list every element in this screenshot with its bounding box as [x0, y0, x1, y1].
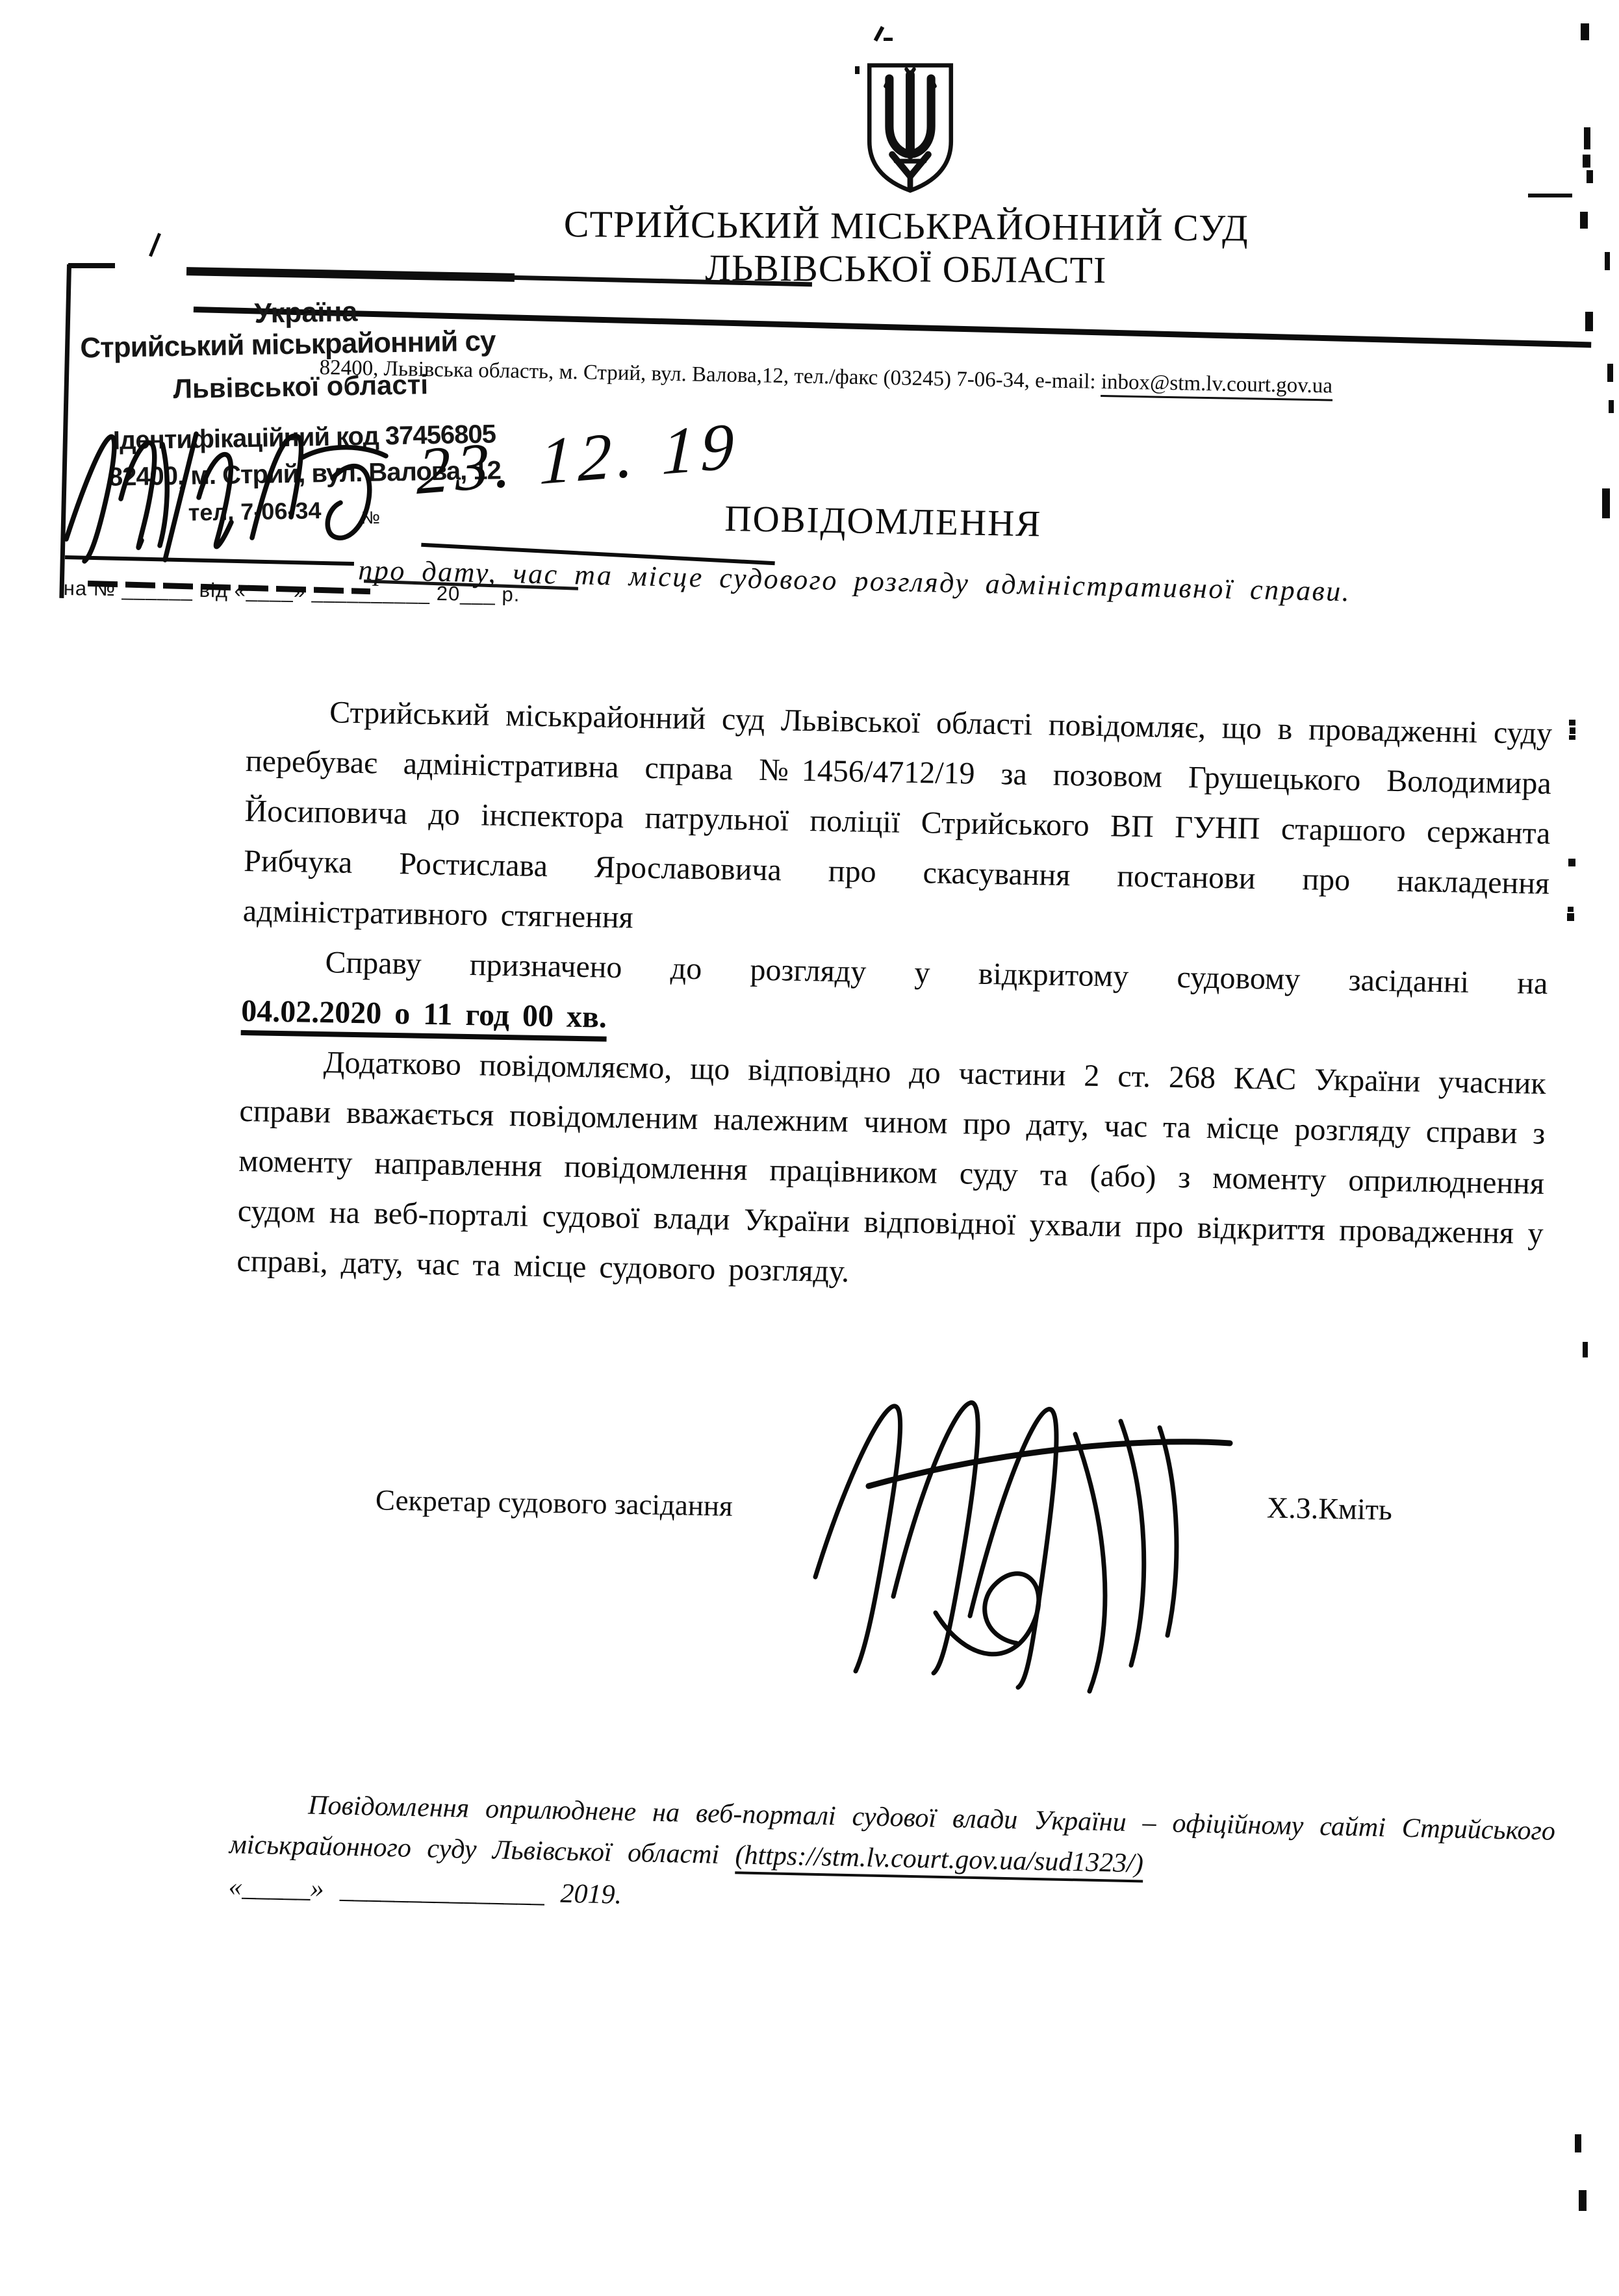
signer-name: Х.З.Кміть: [1267, 1490, 1393, 1526]
notice-body: Стрийський міськрайонний суд Львівської …: [236, 686, 1553, 1309]
scan-artifact: [1607, 364, 1613, 382]
scan-artifact: [1580, 212, 1588, 229]
scan-artifact: [1569, 735, 1575, 740]
body-paragraph-1: Стрийський міськрайонний суд Львівської …: [242, 686, 1552, 959]
scan-artifact: [1587, 170, 1593, 183]
scan-artifact: [1583, 155, 1590, 168]
scanned-court-notice-page: СТРИЙСЬКИЙ МІСЬКРАЙОННИЙ СУД ЛЬВІВСЬКОЇ …: [0, 0, 1619, 2296]
stamp-country: Україна: [254, 296, 358, 330]
scan-artifact: [1567, 913, 1574, 921]
scan-artifact: [1568, 907, 1574, 912]
publication-note: Повідомлення оприлюднене на веб-порталі …: [228, 1784, 1556, 1936]
scan-artifact: [1605, 252, 1610, 270]
stamp-org-line2: Львівської області: [173, 369, 428, 405]
scan-artifact: [1609, 400, 1614, 413]
body-paragraph-3: Додатково повідомляємо, що відповідно до…: [236, 1036, 1546, 1309]
stamp-org-line1: Стрийський міськрайонний су: [80, 325, 496, 364]
scan-artifact: [1570, 727, 1575, 734]
scan-artifact: [1569, 720, 1575, 725]
stamp-number-sign: №: [361, 508, 381, 529]
scan-artifact: [1568, 859, 1575, 866]
hearing-datetime: 04.02.2020 о 11 год 00 хв.: [241, 994, 607, 1042]
scan-artifact: [884, 38, 893, 41]
court-name-line1: СТРИЙСЬКИЙ МІСЬКРАЙОННИЙ СУД: [552, 203, 1260, 250]
scan-artifact: [1575, 2134, 1581, 2152]
scan-artifact: [1584, 127, 1590, 149]
scan-artifact: [1583, 1342, 1588, 1357]
scan-artifact: [149, 233, 161, 257]
scan-artifact: [1579, 2190, 1587, 2211]
scan-artifact: [1581, 23, 1589, 40]
scan-artifact: [1528, 194, 1572, 197]
scan-artifact: [874, 26, 885, 42]
court-portal-url: (https://stm.lv.court.gov.ua/sud1323/): [735, 1840, 1143, 1882]
scan-artifact: [1602, 488, 1610, 518]
signature-role-label: Секретар судового засідання: [376, 1483, 733, 1523]
scan-artifact: [1585, 312, 1593, 331]
court-email: inbox@stm.lv.court.gov.ua: [1101, 370, 1332, 401]
secretary-signature-scribble: [796, 1376, 1244, 1700]
notice-title: ПОВІДОМЛЕННЯ: [724, 498, 1042, 546]
ukraine-trident-emblem-icon: [863, 60, 958, 196]
scan-artifact: [855, 66, 860, 74]
court-name-line2: ЛЬВІВСЬКОЇ ОБЛАСТІ: [552, 246, 1260, 293]
